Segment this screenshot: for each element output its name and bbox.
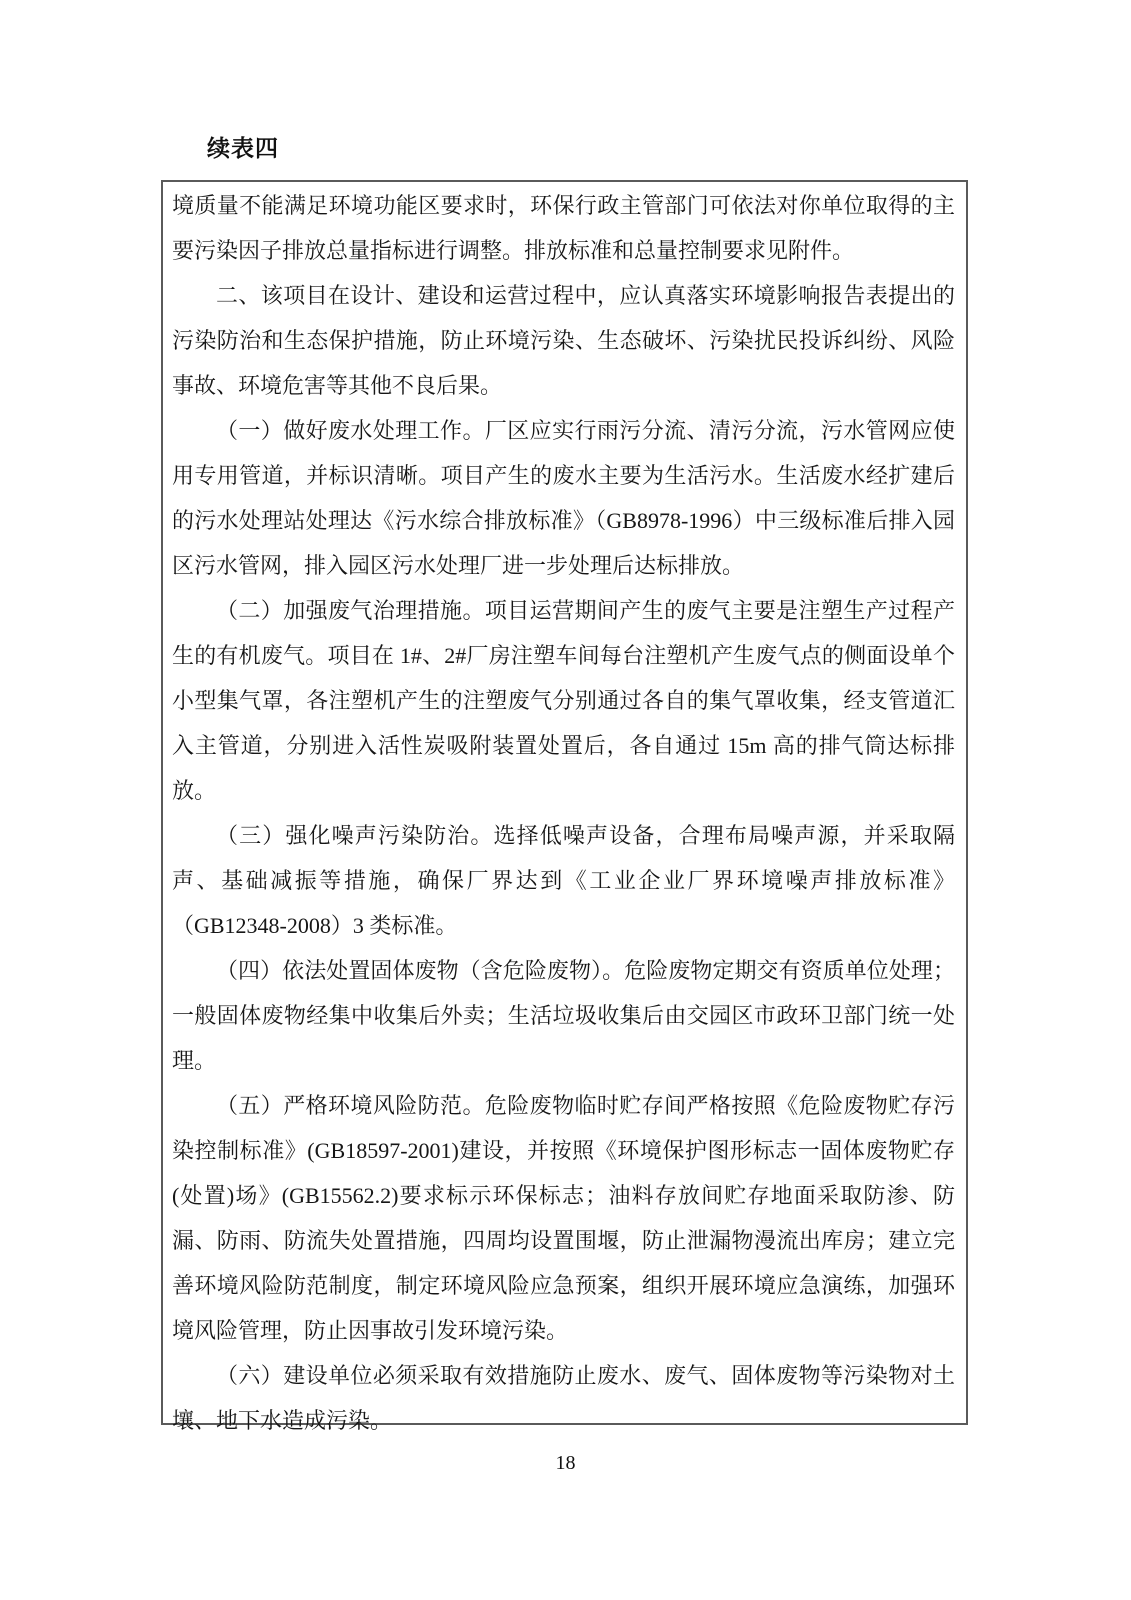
table-paragraph: （三）强化噪声污染防治。选择低噪声设备，合理布局噪声源，并采取隔声、基础减振等措… <box>172 813 955 948</box>
table-paragraph: （六）建设单位必须采取有效措施防止废水、废气、固体废物等污染物对土壤、地下水造成… <box>172 1353 955 1443</box>
table-paragraph: 二、该项目在设计、建设和运营过程中，应认真落实环境影响报告表提出的污染防治和生态… <box>172 273 955 408</box>
table-paragraph: （二）加强废气治理措施。项目运营期间产生的废气主要是注塑生产过程产生的有机废气。… <box>172 588 955 813</box>
page-number: 18 <box>0 1452 1131 1475</box>
page-title: 续表四 <box>207 130 279 163</box>
document-page: 续表四 境质量不能满足环境功能区要求时，环保行政主管部门可依法对你单位取得的主要… <box>0 0 1131 1600</box>
table-paragraph: 境质量不能满足环境功能区要求时，环保行政主管部门可依法对你单位取得的主要污染因子… <box>172 183 955 273</box>
continuation-table-cell: 境质量不能满足环境功能区要求时，环保行政主管部门可依法对你单位取得的主要污染因子… <box>161 180 968 1425</box>
table-paragraph: （四）依法处置固体废物（含危险废物）。危险废物定期交有资质单位处理；一般固体废物… <box>172 948 955 1083</box>
table-paragraph: （一）做好废水处理工作。厂区应实行雨污分流、清污分流，污水管网应使用专用管道，并… <box>172 408 955 588</box>
table-paragraph: （五）严格环境风险防范。危险废物临时贮存间严格按照《危险废物贮存污染控制标准》(… <box>172 1083 955 1353</box>
